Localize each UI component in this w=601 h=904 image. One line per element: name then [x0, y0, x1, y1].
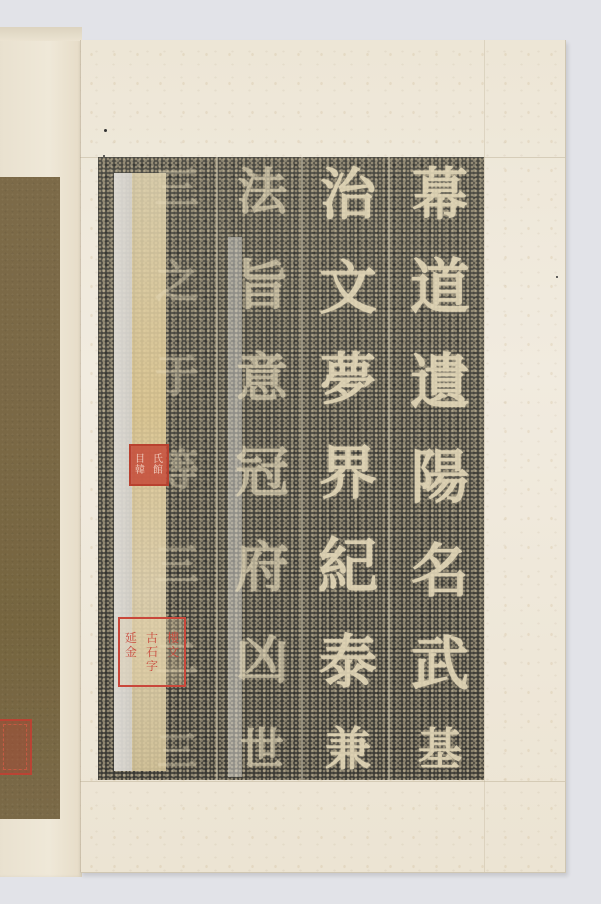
- left-album-page: [0, 27, 82, 877]
- inscription-glyph: 文: [319, 259, 377, 317]
- inscription-glyph: 三: [155, 167, 199, 211]
- seal-char: 館: [149, 465, 167, 476]
- seal-char: 延: [120, 631, 141, 645]
- inscription-glyph: 界: [319, 444, 377, 502]
- collector-seal-upper: 目 氏 韓 館: [129, 444, 169, 486]
- seal-char: 字: [141, 659, 162, 673]
- seal-char: 韓: [131, 465, 149, 476]
- inscription-glyph: 夢: [320, 352, 376, 408]
- inscription-glyph: 幕: [412, 167, 468, 223]
- album-photograph: 幕 道 遺 陽 名 武 基 治 文 夢 界 紀 泰 兼 法 旨 意 冠 府 凶 …: [0, 0, 601, 904]
- inscription-column-3: 法 旨 意 冠 府 凶 世: [224, 167, 300, 772]
- seal-char: 目: [131, 454, 149, 465]
- inscription-glyph: 之: [155, 261, 199, 305]
- inscription-glyph: 名: [411, 542, 469, 600]
- paper-speck: [104, 129, 107, 132]
- inscription-glyph: 紀: [318, 537, 378, 597]
- paper-fold-line-bottom: [80, 781, 565, 782]
- inscription-glyph: 遺: [410, 353, 470, 413]
- inscription-glyph: 凶: [236, 635, 288, 687]
- inscription-glyph: 武: [411, 635, 469, 693]
- paper-speck: [556, 276, 558, 278]
- inscription-column-2: 治 文 夢 界 紀 泰 兼: [308, 167, 388, 772]
- seal-char: 古: [141, 631, 162, 645]
- inscription-glyph: 三: [155, 544, 199, 588]
- inscription-glyph: 府: [235, 540, 289, 594]
- column-rule: [388, 157, 390, 780]
- seal-char: 樓: [163, 631, 184, 645]
- column-rule: [301, 157, 303, 780]
- inscription-glyph: 泰: [319, 633, 377, 691]
- inscription-glyph: 陽: [411, 448, 469, 506]
- collector-seal-lower: 延 古 樓 金 石 文 字: [118, 617, 186, 687]
- stone-rubbing: 幕 道 遺 陽 名 武 基 治 文 夢 界 紀 泰 兼 法 旨 意 冠 府 凶 …: [98, 157, 484, 780]
- inscription-glyph: 治: [320, 167, 376, 223]
- left-page-red-seal: [0, 719, 32, 775]
- inscription-glyph: 意: [236, 353, 288, 405]
- seal-char: 金: [120, 645, 141, 659]
- inscription-glyph: 三: [157, 732, 197, 772]
- inscription-glyph: 冠: [235, 445, 289, 499]
- column-rule: [216, 157, 218, 780]
- inscription-glyph: 道: [410, 258, 470, 318]
- album-gutter: [80, 40, 81, 872]
- seal-char: 石: [141, 645, 162, 659]
- seal-char: 文: [163, 645, 184, 659]
- paper-fold-line-right: [484, 40, 485, 872]
- inscription-glyph: 法: [237, 167, 287, 217]
- inscription-glyph: 旨: [235, 258, 289, 312]
- inscription-glyph: 基: [418, 728, 462, 772]
- inscription-glyph: 于: [155, 355, 199, 399]
- inscription-column-1: 幕 道 遺 陽 名 武 基: [400, 167, 480, 772]
- inscription-glyph: 兼: [325, 726, 371, 772]
- inscription-glyph: 世: [240, 728, 284, 772]
- seal-char: 氏: [149, 454, 167, 465]
